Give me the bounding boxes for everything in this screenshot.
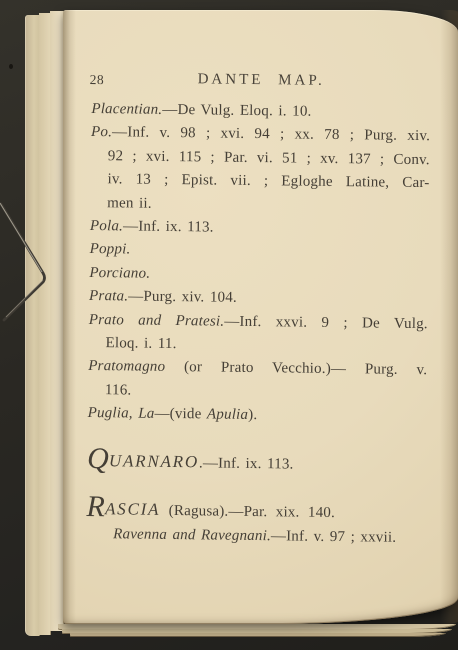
entry-name: Poppi. [90, 241, 131, 257]
entry-ref: —De Vulg. Eloq. i. 10. [162, 102, 311, 120]
section-initial-letter: R [86, 490, 105, 523]
entry-name: Prata. [89, 288, 128, 304]
wire-bookmark [0, 188, 60, 328]
entry-name: Pola. [90, 218, 123, 234]
entry-name: Prato and Pratesi. [89, 312, 225, 330]
index-entry-ravenna: Ravenna and Ravegnani.—Inf. v. 97 ; xxvi… [86, 522, 425, 550]
index-entry-rascia: RASCIA (Ragusa).—Par. xix. 140. [86, 497, 425, 527]
entry-ref: .—Inf. ix. 113. [199, 455, 294, 472]
book-page: 28 DANTE MAP. Placentian.—De Vulg. Eloq.… [63, 10, 458, 624]
running-header: DANTE MAP. [92, 58, 431, 95]
entry-name: Po. [91, 124, 112, 140]
entry-ref: —Purg. xiv. 104. [128, 289, 237, 306]
entry-ref: —Inf. v. 98 ; xvi. 94 ; xx. 78 ; Purg. x… [112, 125, 430, 145]
entry-line: Pratomagno (or Prato Vecchio.)— Purg. v. [88, 355, 427, 383]
entry-name: Puglia, La [88, 405, 155, 422]
page-header: 28 DANTE MAP. [92, 58, 431, 88]
entry-name: ASCIA [105, 499, 161, 519]
entry-ref: —Inf. ix. 113. [123, 218, 214, 235]
index-entry-quarnaro: QUARNARO.—Inf. ix. 113. [87, 449, 426, 479]
entry-name: Ravenna and Ravegnani. [113, 526, 271, 544]
index-entry-puglia: Puglia, La—(vide Apulia). [88, 402, 427, 430]
bottom-page-edge-3 [70, 633, 446, 637]
index-entry-po: Po.—Inf. v. 98 ; xvi. 94 ; xx. 78 ; Purg… [90, 121, 430, 219]
page-number: 28 [90, 68, 105, 92]
entry-name: Pratomagno [88, 358, 165, 375]
index-entry-prato: Prato and Pratesi.—Inf. xxvi. 9 ; De Vul… [88, 309, 428, 360]
entry-name: Placentian. [91, 101, 162, 118]
entry-ref: —Inf. xxvi. 9 ; De Vulg. [224, 313, 428, 331]
entry-cross-reference: Apulia [207, 407, 248, 424]
dust-speck [9, 64, 13, 69]
index-entry-pratomagno: Pratomagno (or Prato Vecchio.)— Purg. v.… [88, 355, 428, 406]
entry-ref: —(vide [154, 406, 207, 423]
section-initial-letter: Q [87, 442, 109, 475]
scanned-book-photo: 28 DANTE MAP. Placentian.—De Vulg. Eloq.… [0, 0, 458, 650]
entry-ref: ). [248, 407, 257, 423]
entry-name: Porciano. [89, 265, 150, 282]
index-entry-pola: Pola.—Inf. ix. 113. [90, 215, 429, 243]
entry-ref: —Inf. v. 97 ; xxvii. [271, 528, 396, 546]
entry-ref: (Ragusa).—Par. xix. 140. [160, 503, 335, 521]
page-text-block: 28 DANTE MAP. Placentian.—De Vulg. Eloq.… [86, 58, 431, 550]
entry-ref: (or Prato Vecchio.)— Purg. v. [165, 359, 427, 378]
entry-name: UARNARO [109, 451, 199, 471]
